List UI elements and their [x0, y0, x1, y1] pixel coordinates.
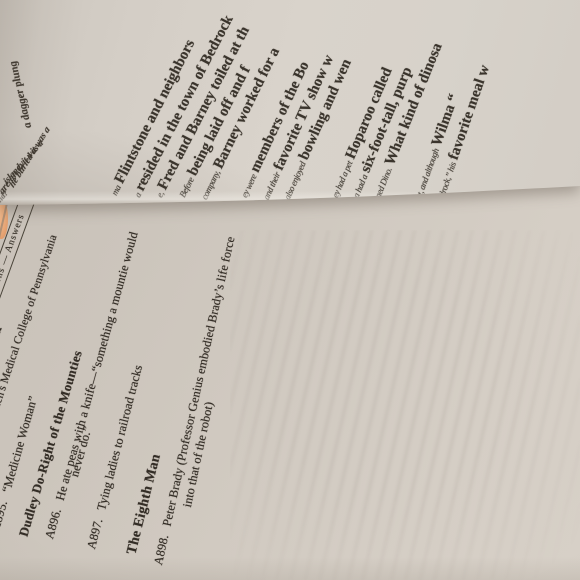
curl-text-fragment: a dagger plung [8, 59, 34, 129]
line-prefix: and their [261, 170, 282, 201]
line-prefix: Before [177, 176, 196, 199]
line-prefix: med Dino. [372, 166, 394, 201]
line-prefix: company, [199, 169, 222, 201]
book-photo: Westerns — Answers man Women's Medical C… [0, 0, 580, 580]
line-prefix: ma [109, 183, 123, 197]
line-prefix: a had a [351, 173, 370, 199]
turning-page: are an ev he buried it was a island, it … [0, 0, 580, 206]
line-prefix: edrock,” his [436, 161, 458, 201]
turning-page-shadow-wrap: are an ev he buried it was a island, it … [0, 0, 580, 580]
curl-text-fragment: island, it was a [2, 138, 45, 186]
line-prefix: e, [154, 190, 165, 199]
edge-text-speck [566, 201, 571, 204]
edge-text-speck [512, 199, 517, 202]
edge-text-speck [428, 201, 433, 205]
line-prefix: a [132, 191, 143, 199]
line-prefix: ey were [239, 173, 258, 200]
